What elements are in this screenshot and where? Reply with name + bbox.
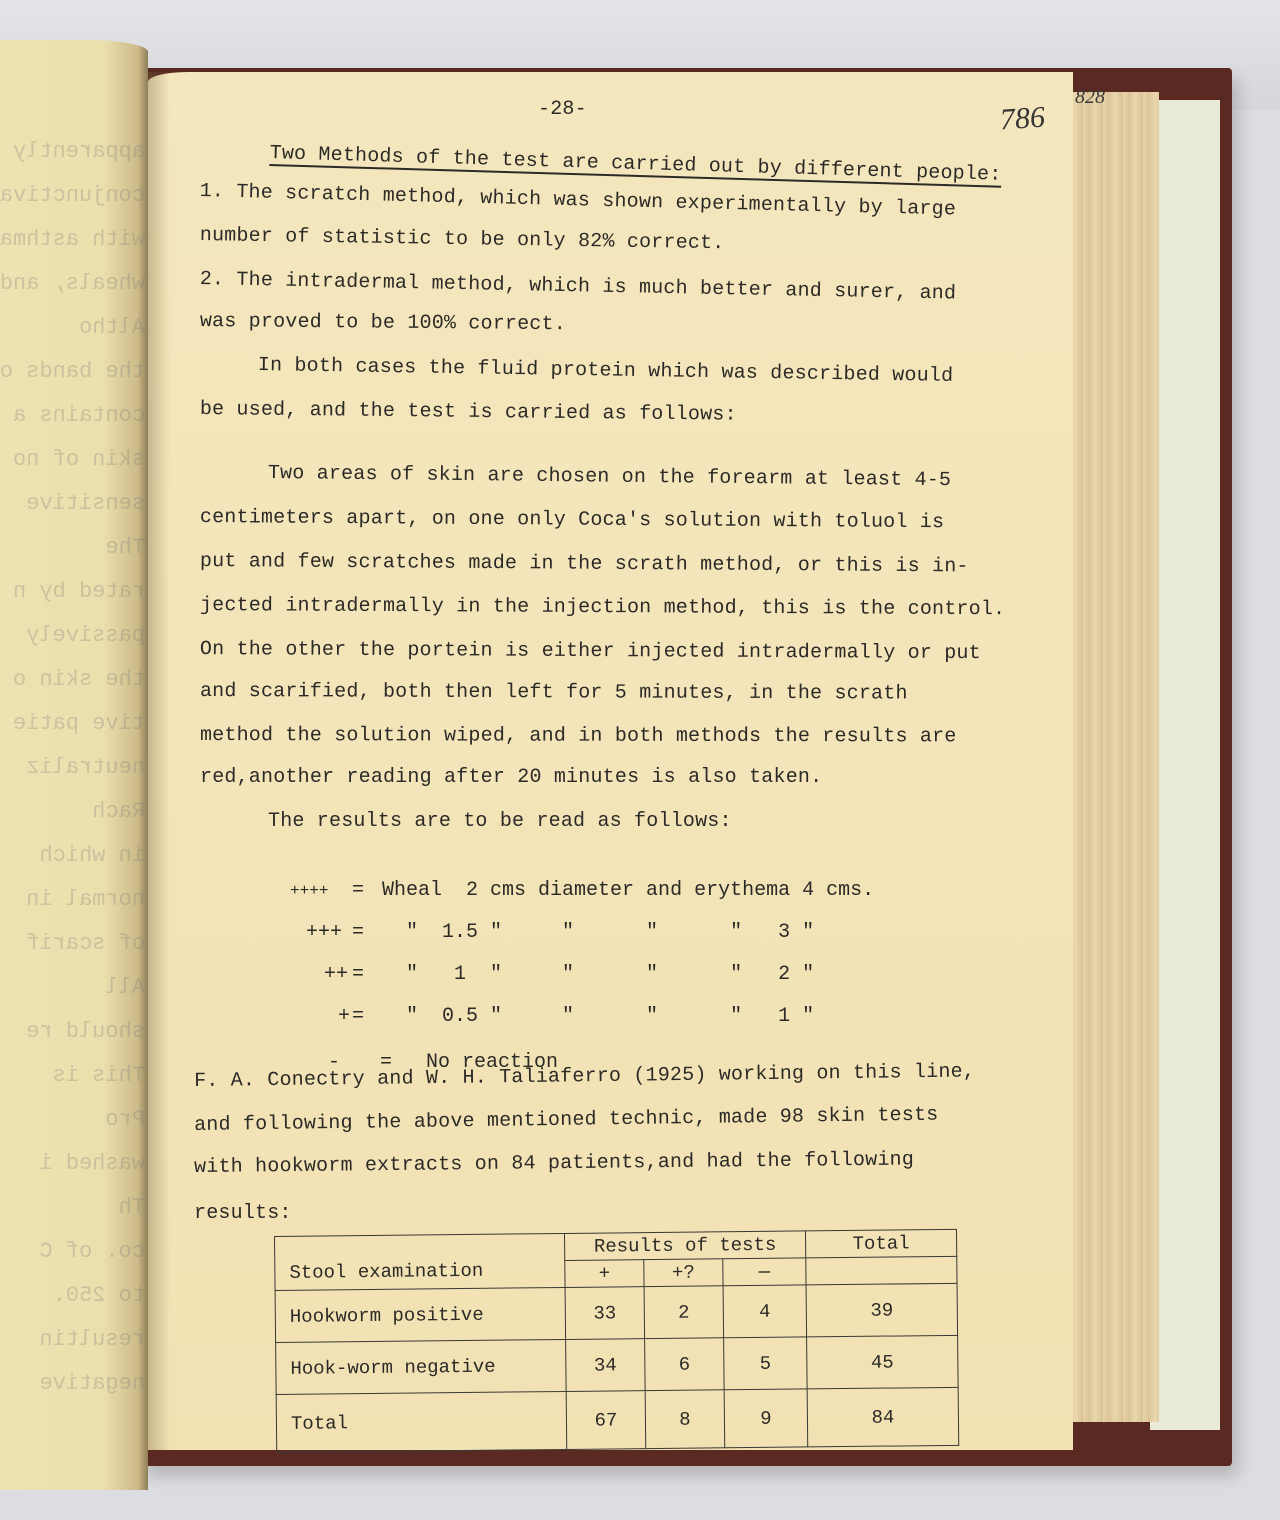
cell: 9 <box>724 1389 808 1448</box>
paragraph-line: The results are to be read as follows: <box>268 810 732 833</box>
paragraph-line: results: <box>194 1202 292 1225</box>
row-label: Hookworm positive <box>275 1287 566 1342</box>
results-table: Stool examination Results of tests Total… <box>274 1229 959 1453</box>
paragraph-line: and following the above mentioned techni… <box>194 1104 939 1137</box>
section-heading: Two Methods of the test are carried out … <box>269 142 1001 187</box>
cell: 2 <box>644 1286 724 1339</box>
endpaper <box>1150 100 1220 1430</box>
row-label: Total <box>276 1391 567 1452</box>
paragraph-line: Two areas of skin are chosen on the fore… <box>268 462 952 492</box>
row-total: 39 <box>806 1283 958 1337</box>
page-fore-edge <box>1062 92 1159 1422</box>
sub-header: +? <box>644 1259 723 1287</box>
table-row: Total 67 8 9 84 <box>276 1387 959 1452</box>
paragraph-line: put and few scratches made in the scrath… <box>200 550 969 578</box>
paragraph-line: centimeters apart, on one only Coca's so… <box>200 506 944 534</box>
paragraph-line: 2. The intradermal method, which is much… <box>200 268 957 306</box>
sub-header-empty <box>806 1256 957 1285</box>
total-header: Total <box>805 1229 956 1258</box>
left-page: apparently conjunctival with asthma whea… <box>0 40 148 1490</box>
group-header: Results of tests <box>564 1231 805 1261</box>
cell: 5 <box>724 1337 808 1390</box>
row-header: Stool examination <box>275 1233 566 1290</box>
archive-number: 786 <box>999 100 1046 137</box>
cell: 4 <box>723 1285 807 1338</box>
paragraph-line: In both cases the fluid protein which wa… <box>258 354 954 388</box>
page-number: -28- <box>538 98 587 121</box>
paragraph-line: On the other the portein is either injec… <box>200 638 981 665</box>
fore-edge-number: 828 <box>1075 86 1105 109</box>
paragraph-line: 1. The scratch method, which was shown e… <box>199 180 956 221</box>
cell: 67 <box>566 1391 646 1450</box>
scale-grade: + <box>338 1005 352 1028</box>
paragraph-line: number of statistic to be only 82% corre… <box>200 224 725 255</box>
paragraph-line: method the solution wiped, and in both m… <box>200 724 957 748</box>
sub-header: — <box>723 1258 806 1286</box>
row-total: 45 <box>807 1335 959 1389</box>
table-row: Hookworm positive 33 2 4 39 <box>275 1283 958 1342</box>
document-page: -28- 786 Two Methods of the test are car… <box>148 72 1073 1450</box>
cell: 33 <box>565 1287 645 1340</box>
table-row: Hook-worm negative 34 6 5 45 <box>276 1335 959 1394</box>
paragraph-line: with hookworm extracts on 84 patients,an… <box>194 1148 914 1179</box>
paragraph-line: jected intradermally in the injection me… <box>200 594 1005 621</box>
row-label: Hook-worm negative <box>276 1339 567 1394</box>
paragraph-line: was proved to be 100% correct. <box>200 310 566 336</box>
left-page-bleedthrough-text: apparently conjunctival with asthma whea… <box>0 130 145 1406</box>
scale-equals: = <box>352 1005 406 1028</box>
spine-shadow <box>148 72 170 1450</box>
cell: 34 <box>566 1339 646 1392</box>
scale-text: " 0.5 " " " " 1 " <box>406 1005 814 1028</box>
paragraph-line: be used, and the test is carried as foll… <box>200 398 737 427</box>
paragraph-line: red,another reading after 20 minutes is … <box>200 766 822 789</box>
sub-header: + <box>565 1260 644 1288</box>
cell: 8 <box>645 1390 725 1449</box>
paragraph-line: and scarified, both then left for 5 minu… <box>200 680 908 705</box>
row-total: 84 <box>807 1387 959 1447</box>
cell: 6 <box>645 1338 725 1391</box>
